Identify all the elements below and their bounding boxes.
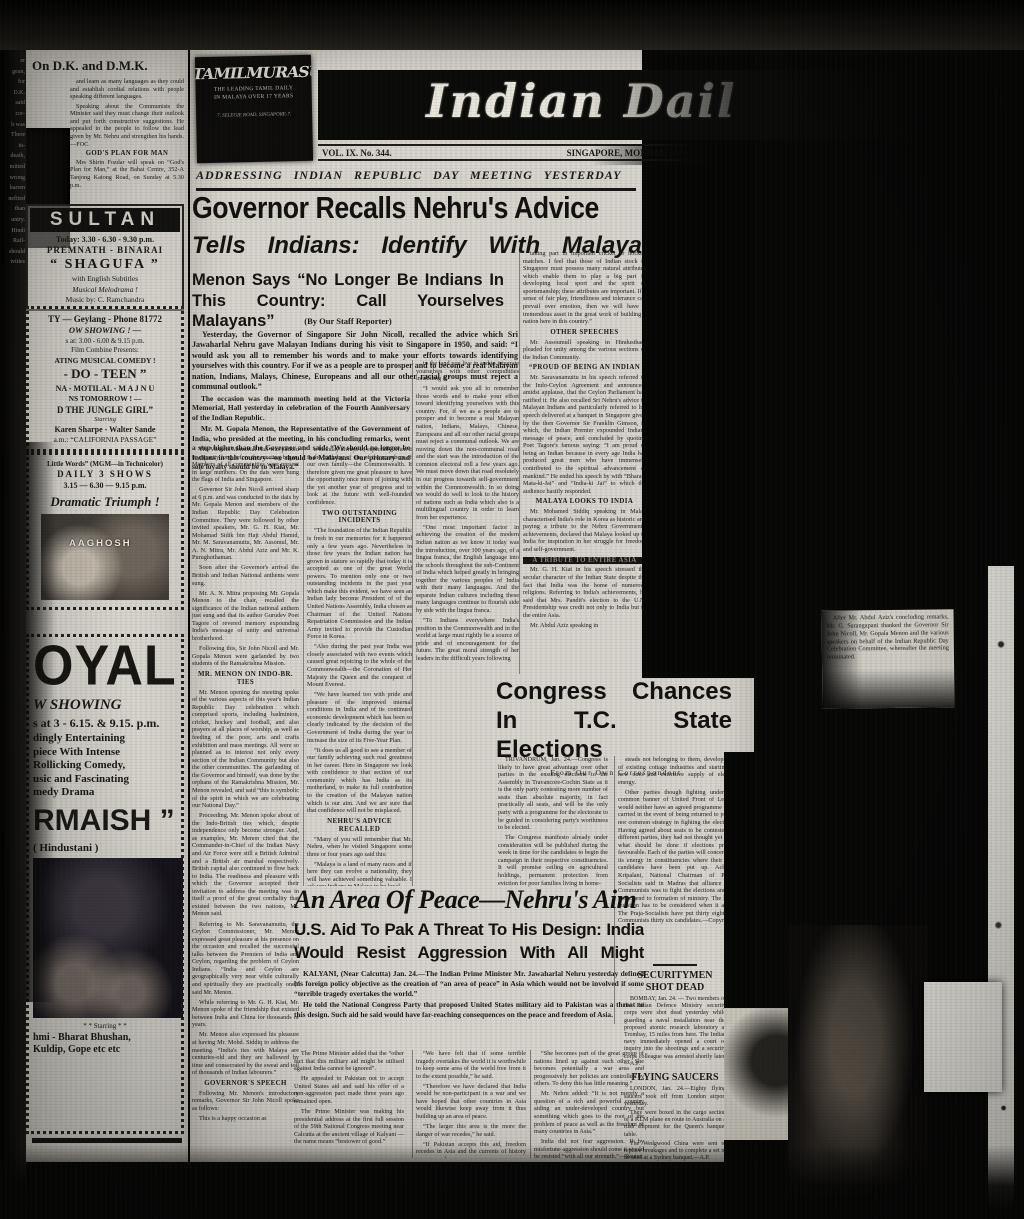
paragraph: should bbox=[1, 249, 25, 256]
paragraph: There bbox=[1, 132, 25, 139]
paragraph: Mr. Assoumull speaking in Hindusthani pl… bbox=[523, 339, 646, 362]
sultan-stars: PREMNATH - BINARAI bbox=[32, 245, 178, 255]
paragraph: ivities bbox=[1, 259, 25, 266]
paragraph: steads not belonging to them, developmen… bbox=[618, 756, 736, 786]
paragraph: h was bbox=[1, 122, 25, 129]
left-rail-column: On D.K. and D.M.K. and learn as many lan… bbox=[26, 50, 188, 1162]
paragraph: gean, bbox=[1, 69, 25, 76]
story-column-4: taking part in important cricket or hock… bbox=[519, 250, 646, 674]
paragraph: Hindi bbox=[1, 228, 25, 235]
paragraph: “One most important factor in achieving … bbox=[416, 524, 519, 615]
paragraph: barren bbox=[1, 185, 25, 192]
folio-row: VOL. IX. No. 344. SINGAPORE, MONDAY, JAN… bbox=[318, 144, 710, 161]
masthead-banner: Indian Dail bbox=[318, 70, 950, 140]
royal-starring-label: * * Starring * * bbox=[33, 1022, 177, 1030]
peace-lead-paragraphs: KALYANI, (Near Calcutta) Jan. 24.—The In… bbox=[294, 969, 644, 1019]
cut-off-text-fragments: ergean,forD.K.saidcor-h wasTherein-death… bbox=[1, 58, 25, 270]
tamil-murasu-ad: TAMILMURASU THE LEADING TAMIL DAILY IN M… bbox=[195, 55, 313, 163]
scanned-newspaper-page: { "masthead": { "tamil_ad": { "name": "T… bbox=[0, 0, 1024, 1219]
column-subheading: GOVERNOR'S SPEECH bbox=[192, 1080, 299, 1088]
rail-bottom-rule bbox=[32, 1138, 182, 1143]
tamil-murasu-name: TAMILMURASU bbox=[195, 65, 313, 83]
column-subheading: TWO OUTSTANDING INCIDENTS bbox=[307, 510, 412, 526]
paragraph: They were boxed in the cargo section of … bbox=[624, 1110, 726, 1139]
royal-cast-2: Kuldip, Gope etc etc bbox=[33, 1044, 177, 1055]
paragraph: “Also during the past year India was clo… bbox=[307, 643, 412, 688]
paragraph: and learn as many languages as they coul… bbox=[70, 78, 184, 101]
scan-top-edge bbox=[0, 0, 1024, 50]
paragraph: mitted bbox=[1, 164, 25, 171]
peace-subheadline: U.S. Aid To Pak A Threat To His Design: … bbox=[294, 919, 644, 965]
paragraph: He told the National Congress Party that… bbox=[294, 1000, 644, 1019]
peace-headline: An Area Of Peace—Nehru's Aim bbox=[294, 886, 644, 915]
kicker-line: ADDRESSING INDIAN REPUBLIC DAY MEETING Y… bbox=[196, 168, 636, 191]
staff-reporter-byline: (By Our Staff Reporter) bbox=[192, 316, 504, 326]
paragraph: than bbox=[1, 206, 25, 213]
paragraph: Mr. Saravanamuttu in his speech referred… bbox=[523, 374, 646, 495]
column-subheading: OTHER SPEECHES bbox=[523, 329, 646, 337]
sultan-subtitle-note: with English Subtitles bbox=[32, 274, 178, 283]
gaiety-presenter: Film Combine Presents: bbox=[33, 346, 177, 354]
dk-article-headline: On D.K. and D.M.K. bbox=[32, 58, 184, 74]
photo-white-rectangle bbox=[924, 982, 1002, 1092]
paragraph: Governor Sir John Nicoll arrived sharp a… bbox=[192, 486, 299, 562]
paragraph: to the land you live in and to integrate… bbox=[416, 360, 519, 383]
column-subheading: MALAYA LOOKS TO INDIA bbox=[523, 498, 646, 506]
column-subheading: MR. MENON ON INDO-BR. TIES bbox=[192, 671, 299, 687]
paragraph: “The foundation of the Indian Republic i… bbox=[307, 527, 412, 640]
paragraph: “Many of you will remember that Mr. Nehr… bbox=[307, 836, 412, 859]
gaiety-tomorrow: NS TOMORROW ! — bbox=[33, 394, 177, 403]
paragraph: Proceeding, Mr. Menon spoke about of the… bbox=[192, 812, 299, 918]
aaghosh-film-still: AAGHOSH bbox=[41, 514, 169, 600]
scan-fade bbox=[590, 144, 710, 165]
scan-left-edge: ergean,forD.K.saidcor-h wasTherein-death… bbox=[0, 0, 26, 1219]
gaiety-showtimes: s at: 3.00 - 6.00 & 9.15 p.m. bbox=[33, 337, 177, 345]
paragraph: Mr. G. H. Kiat in his speech stressed th… bbox=[523, 566, 646, 619]
volume-number: VOL. IX. No. 344. bbox=[322, 148, 392, 158]
column-subheading: NEHRU'S ADVICE RECALLED bbox=[307, 818, 412, 834]
photo-light-patch bbox=[724, 1008, 788, 1140]
scan-bottom-edge bbox=[0, 1145, 1024, 1219]
paragraph: Following this, Sir John Nicoll and Mr. … bbox=[192, 645, 299, 668]
paragraph: wrong bbox=[1, 175, 25, 182]
paragraph: “Malaya is a land of many races and if h… bbox=[307, 861, 412, 886]
column-subheading: “PROUD OF BEING AN INDIAN bbox=[523, 364, 646, 372]
paragraph: BOMBAY, Jan. 24. — Two members of the In… bbox=[624, 996, 726, 1068]
paragraph: KALYANI, (Near Calcutta) Jan. 24.—The In… bbox=[294, 969, 644, 998]
divider-rule bbox=[653, 964, 697, 966]
securitymen-headline: SECURITYMEN SHOT DEAD bbox=[624, 970, 726, 993]
gaiety-starring-label: Starring bbox=[33, 416, 177, 423]
news-briefs-column: SECURITYMEN SHOT DEAD BOMBAY, Jan. 24. —… bbox=[624, 962, 726, 1162]
gaiety-phone-line: TY — Geylang - Phone 81772 bbox=[33, 314, 177, 324]
paragraph: LONDON, Jan. 24.—Eighty flying saucers t… bbox=[624, 1086, 726, 1108]
royal-cast-1: hmi - Bharat Bhushan, bbox=[33, 1032, 177, 1043]
story-column-5-fragment: After Mr. Abdul Aziz's concluding remark… bbox=[821, 609, 954, 708]
column-subheading: GOD'S PLAN FOR MAN bbox=[70, 150, 184, 158]
gaiety-stars2: Karen Sharpe - Walter Sande bbox=[33, 425, 177, 434]
paragraph: Following Mr. Menon's introductory remar… bbox=[192, 1090, 299, 1113]
sultan-cinema-ad: SULTAN Today: 3.30 - 6.30 - 9.30 p.m. PR… bbox=[26, 204, 184, 311]
paragraph: Rail- bbox=[1, 238, 25, 245]
peace-column-b: “We have felt that if some terrible trag… bbox=[412, 1050, 526, 1158]
scan-fade bbox=[821, 609, 954, 708]
sultan-showtimes: Today: 3.30 - 6.30 - 9.30 p.m. bbox=[32, 235, 178, 244]
securitymen-body: BOMBAY, Jan. 24. — Two members of the In… bbox=[624, 996, 726, 1068]
saucers-headline: FLYING SAUCERS bbox=[624, 1072, 726, 1084]
paragraph: “I would ask you all to remember those w… bbox=[416, 385, 519, 521]
paragraph: “It does us all good to see a member of … bbox=[307, 747, 412, 815]
paragraph: Mr. A. N. Mitra proposing Mr. Gopala Men… bbox=[192, 590, 299, 643]
gaiety-now-showing: OW SHOWING ! — bbox=[33, 325, 177, 335]
paper-edge-strip bbox=[988, 566, 1014, 1219]
paragraph: cor- bbox=[1, 111, 25, 118]
paragraph: Mr. Mohamed Siddiq speaking in Malay cha… bbox=[523, 508, 646, 553]
congress-headline: Congress Chances In T.C. State Elections bbox=[496, 678, 732, 764]
paragraph: “Therefore we have declared that India w… bbox=[416, 1083, 526, 1121]
tamil-murasu-address: 7, SELEGIE ROAD, SINGAPORE-7. bbox=[196, 112, 312, 119]
paragraph: Speaking about the Communists the Minist… bbox=[70, 103, 184, 148]
paragraph: The Congress manifesto already under con… bbox=[498, 834, 608, 887]
gaiety-film2-title: D THE JUNGLE GIRL” bbox=[33, 405, 177, 415]
sultan-cinema-name: SULTAN bbox=[30, 208, 180, 232]
dk-article-text: and learn as many languages as they coul… bbox=[70, 78, 184, 194]
gaiety-tagline: ATING MUSICAL COMEDY ! bbox=[33, 356, 177, 365]
paragraph: TRIVANDRUM, Jan. 24.—Congress is likely … bbox=[498, 756, 608, 832]
paragraph: Referring to Mr. Saravanamuttu, the Ceyl… bbox=[192, 921, 299, 997]
story-column-2: a birthday always is, especially when it… bbox=[303, 446, 412, 886]
paragraph: Mr. Menon opening the meeting spoke of t… bbox=[192, 689, 299, 810]
sultan-film-title: “ SHAGUFA ” bbox=[32, 257, 178, 273]
paragraph: The Prime Minister was making his presid… bbox=[294, 1108, 404, 1146]
sultan-music-credit: Music by: C. Ramchandra bbox=[32, 295, 178, 304]
paragraph: death, bbox=[1, 153, 25, 160]
gaiety-stars: NA - MOTILAL - M A J N U bbox=[33, 384, 177, 393]
paragraph: Soon after the Governor's arrival the Br… bbox=[192, 564, 299, 587]
paragraph: The occasion was the mammoth meeting hel… bbox=[192, 394, 410, 422]
peace-column-a: The Prime Minister added that the “other… bbox=[294, 1050, 404, 1158]
gaiety-film-title: - DO - TEEN ” bbox=[33, 366, 177, 382]
paragraph: taking part in important cricket or hock… bbox=[523, 250, 646, 326]
paragraph: a birthday always is, especially when it… bbox=[307, 446, 412, 507]
paragraph: Mrs Shirin Fozdar will speak on “God's P… bbox=[70, 159, 184, 189]
paragraph: for bbox=[1, 79, 25, 86]
aaghosh-film-title: AAGHOSH bbox=[69, 538, 132, 549]
sultan-genre: Musical Melodrama ! bbox=[32, 285, 178, 294]
column-subheading: A TRIBUTE TO ENTIRE ASIA bbox=[523, 557, 646, 565]
paragraph: “We have learned too with pride and plea… bbox=[307, 691, 412, 744]
paragraph: Mr. Abdul Aziz speaking in bbox=[523, 622, 646, 630]
gaiety-cinema-ad: TY — Geylang - Phone 81772 OW SHOWING ! … bbox=[26, 306, 184, 452]
paragraph: er bbox=[1, 58, 25, 65]
paragraph: “We have felt that if some terrible trag… bbox=[416, 1050, 526, 1080]
paragraph: The Prime Minister added that the “other… bbox=[294, 1050, 404, 1073]
paragraph: “To Indians everywhere India's position … bbox=[416, 617, 519, 662]
nehru-peace-story: An Area Of Peace—Nehru's Aim U.S. Aid To… bbox=[294, 886, 644, 1162]
paragraph: D.K. bbox=[1, 90, 25, 97]
main-headline: Governor Recalls Nehru's Advice bbox=[192, 192, 581, 225]
paragraph: Mr. Menon also expressed his pleasure at… bbox=[192, 1031, 299, 1076]
scan-fade bbox=[583, 70, 950, 140]
tamil-murasu-tagline-2: IN MALAYA OVER 17 YEARS bbox=[196, 93, 312, 103]
paragraph: This is a happy occasion as bbox=[192, 1115, 299, 1123]
story-column-1: The Victoria Memorial Hall was packed to… bbox=[192, 446, 299, 1156]
paragraph: The Victoria Memorial Hall was packed to… bbox=[192, 446, 299, 484]
paragraph: said bbox=[1, 100, 25, 107]
paragraph: nefited bbox=[1, 196, 25, 203]
paragraph: He appealed to Pakistan not to accept Un… bbox=[294, 1075, 404, 1105]
paragraph: untry. bbox=[1, 217, 25, 224]
paragraph: in- bbox=[1, 143, 25, 150]
paragraph: While referring to Mr. G. H. Kiat, Mr. M… bbox=[192, 999, 299, 1029]
paragraph: “The larger this area is the more the da… bbox=[416, 1123, 526, 1138]
scan-shadow bbox=[26, 442, 56, 1002]
